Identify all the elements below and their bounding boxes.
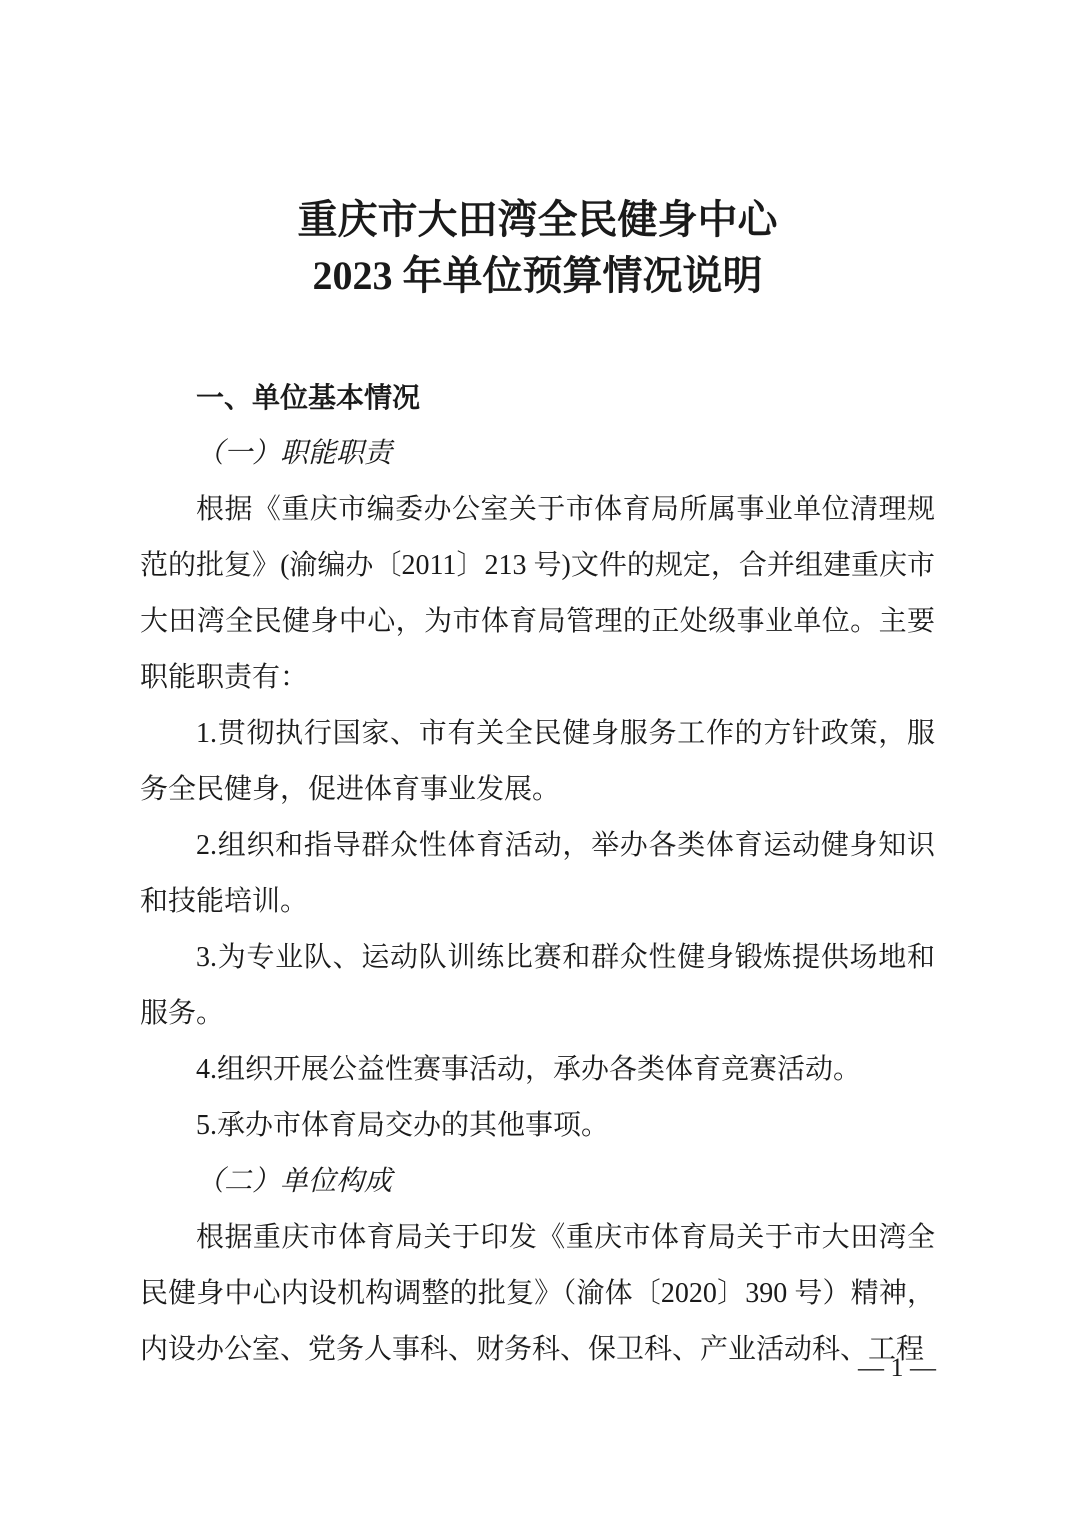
paragraph-duties-intro: 根据《重庆市编委办公室关于市体育局所属事业单位清理规范的批复》(渝编办〔2011… — [140, 482, 935, 706]
document-page: 重庆市大田湾全民健身中心 2023 年单位预算情况说明 一、单位基本情况 （一）… — [0, 0, 1074, 1520]
document-body: 一、单位基本情况 （一）职能职责 根据《重庆市编委办公室关于市体育局所属事业单位… — [140, 370, 935, 1378]
document-title: 重庆市大田湾全民健身中心 2023 年单位预算情况说明 — [140, 192, 935, 304]
paragraph-duty-2: 2.组织和指导群众性体育活动，举办各类体育运动健身知识和技能培训。 — [140, 818, 935, 930]
paragraph-duty-5: 5.承办市体育局交办的其他事项。 — [140, 1098, 935, 1154]
subsection-heading-duties: （一）职能职责 — [140, 426, 935, 482]
paragraph-composition-intro: 根据重庆市体育局关于印发《重庆市体育局关于市大田湾全民健身中心内设机构调整的批复… — [140, 1210, 935, 1378]
paragraph-duty-1: 1.贯彻执行国家、市有关全民健身服务工作的方针政策，服务全民健身，促进体育事业发… — [140, 706, 935, 818]
page-number: — 1 — — [858, 1352, 936, 1384]
section-heading-basic-info: 一、单位基本情况 — [140, 370, 935, 426]
subsection-heading-composition: （二）单位构成 — [140, 1154, 935, 1210]
title-line-1: 重庆市大田湾全民健身中心 — [140, 192, 935, 248]
paragraph-duty-4: 4.组织开展公益性赛事活动，承办各类体育竞赛活动。 — [140, 1042, 935, 1098]
title-line-2: 2023 年单位预算情况说明 — [140, 248, 935, 304]
paragraph-duty-3: 3.为专业队、运动队训练比赛和群众性健身锻炼提供场地和服务。 — [140, 930, 935, 1042]
